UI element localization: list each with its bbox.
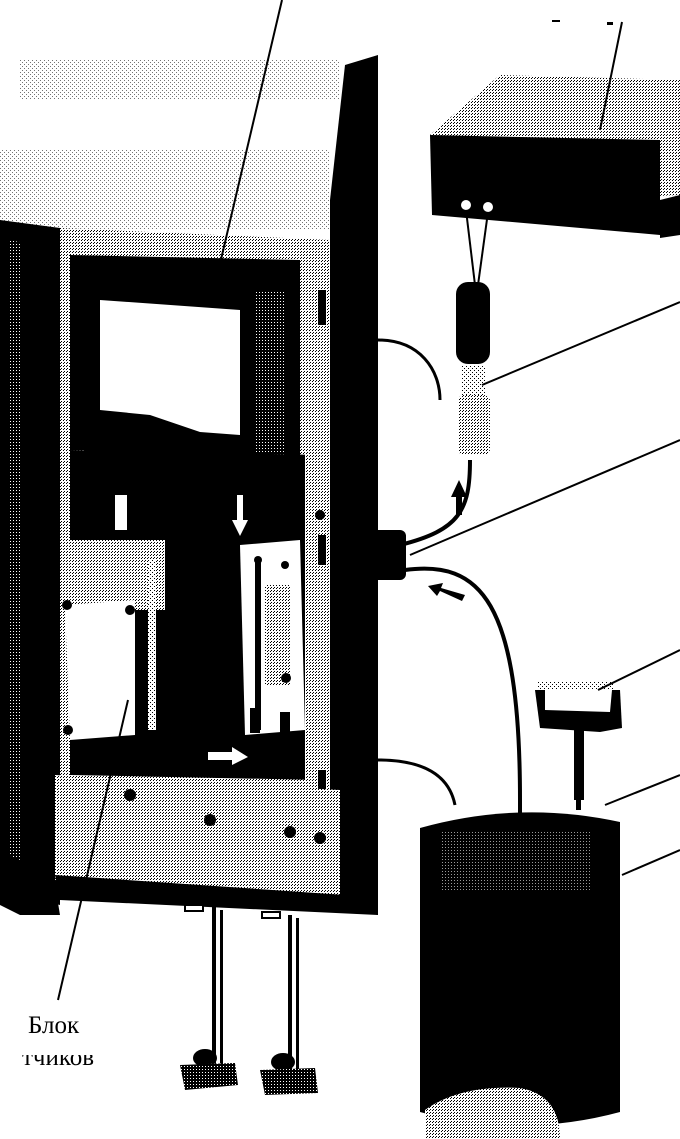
hand-probe xyxy=(535,682,622,810)
illustration xyxy=(0,0,680,1139)
diagram-canvas: Блок тчиков xyxy=(0,0,680,1139)
cable-gland xyxy=(372,530,406,580)
electrode xyxy=(456,282,490,455)
tick-mark xyxy=(552,20,560,22)
background-texture xyxy=(0,60,340,230)
inlet-pipes xyxy=(180,905,318,1095)
display-window xyxy=(85,265,300,470)
sensor-block-label-cut: тчиков xyxy=(22,1055,94,1069)
wires xyxy=(378,210,520,805)
sample-vessel xyxy=(420,800,620,1139)
arrow-left-icon xyxy=(428,583,465,601)
control-unit xyxy=(430,75,680,238)
tick-mark xyxy=(607,22,613,25)
sensor-block-label-text: тчиков xyxy=(22,1055,94,1069)
sensor-block-label: Блок xyxy=(28,1013,79,1038)
